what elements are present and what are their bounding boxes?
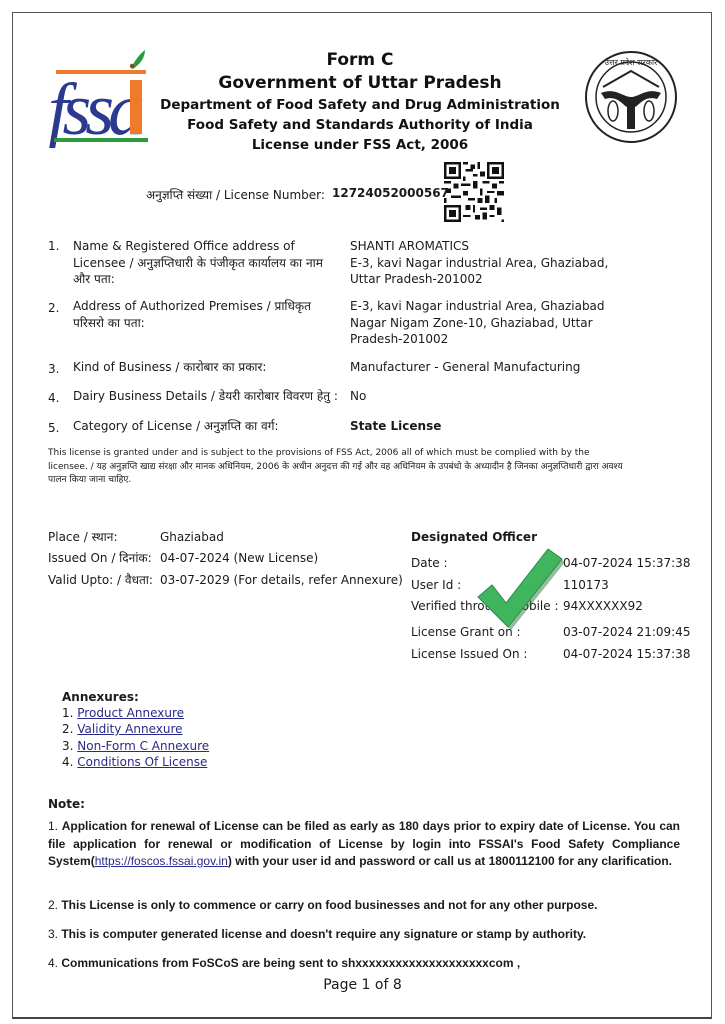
- department-title: Department of Food Safety and Drug Admin…: [160, 97, 560, 113]
- premises-address-line-1: E-3, kavi Nagar industrial Area, Ghaziab…: [350, 298, 610, 315]
- license-disclaimer: This license is granted under and is sub…: [48, 447, 628, 488]
- item-4-number: 4.: [48, 390, 59, 407]
- item-4-label: Dairy Business Details / डेयरी कारोबार व…: [73, 388, 338, 405]
- officer-date-label: Date :: [411, 555, 448, 572]
- note-number: 1.: [48, 819, 62, 833]
- annexure-number: 4.: [62, 755, 73, 769]
- note-1-text-end: ) with your user id and password or call…: [228, 854, 672, 868]
- note-3: 3. This is computer generated license an…: [48, 926, 680, 944]
- svg-text:उत्तर प्रदेश सरकार: उत्तर प्रदेश सरकार: [605, 57, 658, 67]
- page-number: Page 1 of 8: [0, 977, 725, 993]
- annexure-item-2: 2. Validity Annexure: [62, 722, 183, 736]
- annexure-item-1: 1. Product Annexure: [62, 706, 184, 720]
- license-number: 12724052000567: [332, 186, 449, 200]
- license-issued-value: 04-07-2024 15:37:38: [563, 646, 690, 663]
- act-title: License under FSS Act, 2006: [160, 137, 560, 153]
- conditions-of-license-link[interactable]: Conditions Of License: [77, 755, 207, 769]
- note-2-text: This License is only to commence or carr…: [61, 898, 597, 912]
- officer-date-value: 04-07-2024 15:37:38: [563, 555, 690, 572]
- officer-user-id-value: 110173: [563, 577, 609, 594]
- item-2-value: E-3, kavi Nagar industrial Area, Ghaziab…: [350, 298, 610, 348]
- item-3-value: Manufacturer - General Manufacturing: [350, 359, 610, 376]
- uttar-pradesh-emblem: उत्तर प्रदेश सरकार: [583, 49, 679, 145]
- annexure-item-3: 3. Non-Form C Annexure: [62, 739, 209, 753]
- foscos-link[interactable]: https://foscos.fssai.gov.in: [95, 854, 228, 868]
- annexure-number: 1.: [62, 706, 73, 720]
- item-5-number: 5.: [48, 420, 59, 437]
- place-label: Place / स्थान:: [48, 529, 117, 546]
- item-4-value: No: [350, 388, 610, 405]
- premises-address-line-3: Pradesh-201002: [350, 331, 610, 348]
- note-number: 4.: [48, 956, 61, 970]
- non-form-c-annexure-link[interactable]: Non-Form C Annexure: [77, 739, 209, 753]
- valid-upto-value: 03-07-2029 (For details, refer Annexure): [160, 572, 403, 589]
- annexures-title: Annexures:: [62, 690, 139, 704]
- licensee-address-line-1: E-3, kavi Nagar industrial Area, Ghaziab…: [350, 255, 610, 272]
- validity-annexure-link[interactable]: Validity Annexure: [77, 722, 182, 736]
- issued-on-label: Issued On / दिनांक:: [48, 550, 152, 567]
- note-1: 1. Application for renewal of License ca…: [48, 818, 680, 871]
- note-number: 3.: [48, 927, 61, 941]
- fssai-logo: fssa: [46, 48, 156, 148]
- designated-officer-title: Designated Officer: [411, 529, 537, 546]
- item-3-number: 3.: [48, 361, 59, 378]
- note-number: 2.: [48, 898, 61, 912]
- item-5-label: Category of License / अनुज्ञप्ति का वर्ग…: [73, 418, 338, 435]
- item-2-label: Address of Authorized Premises / प्राधिक…: [73, 298, 338, 331]
- license-issued-label: License Issued On :: [411, 646, 527, 663]
- item-2-number: 2.: [48, 300, 59, 317]
- note-2: 2. This License is only to commence or c…: [48, 897, 680, 915]
- verified-mobile-value: 94XXXXXX92: [563, 598, 643, 615]
- product-annexure-link[interactable]: Product Annexure: [77, 706, 184, 720]
- officer-user-id-label: User Id :: [411, 577, 461, 594]
- government-title: Government of Uttar Pradesh: [160, 73, 560, 93]
- item-3-label: Kind of Business / कारोबार का प्रकार:: [73, 359, 338, 376]
- valid-upto-label: Valid Upto: / वैधता:: [48, 572, 153, 589]
- issued-on-value: 04-07-2024 (New License): [160, 550, 318, 567]
- note-4-text: Communications from FoSCoS are being sen…: [61, 956, 520, 970]
- annexure-number: 2.: [62, 722, 73, 736]
- item-1-number: 1.: [48, 238, 59, 255]
- note-title: Note:: [48, 797, 85, 811]
- license-number-label: अनुज्ञप्ति संख्या / License Number:: [146, 186, 325, 203]
- green-checkmark-icon: [470, 545, 565, 630]
- item-1-value: SHANTI AROMATICS E-3, kavi Nagar industr…: [350, 238, 610, 288]
- note-3-text: This is computer generated license and d…: [61, 927, 586, 941]
- annexure-item-4: 4. Conditions Of License: [62, 755, 207, 769]
- item-1-label: Name & Registered Office address of Lice…: [73, 238, 338, 288]
- premises-address-line-2: Nagar Nigam Zone-10, Ghaziabad, Uttar: [350, 315, 610, 332]
- qr-code-icon: [444, 162, 504, 222]
- item-5-value: State License: [350, 418, 610, 435]
- license-grant-value: 03-07-2024 21:09:45: [563, 624, 690, 641]
- authority-title: Food Safety and Standards Authority of I…: [160, 117, 560, 133]
- licensee-name: SHANTI AROMATICS: [350, 238, 610, 255]
- place-value: Ghaziabad: [160, 529, 224, 546]
- annexure-number: 3.: [62, 739, 73, 753]
- note-4: 4. Communications from FoSCoS are being …: [48, 955, 680, 973]
- licensee-address-line-2: Uttar Pradesh-201002: [350, 271, 610, 288]
- svg-text:fssa: fssa: [48, 69, 143, 148]
- form-title: Form C: [160, 50, 560, 70]
